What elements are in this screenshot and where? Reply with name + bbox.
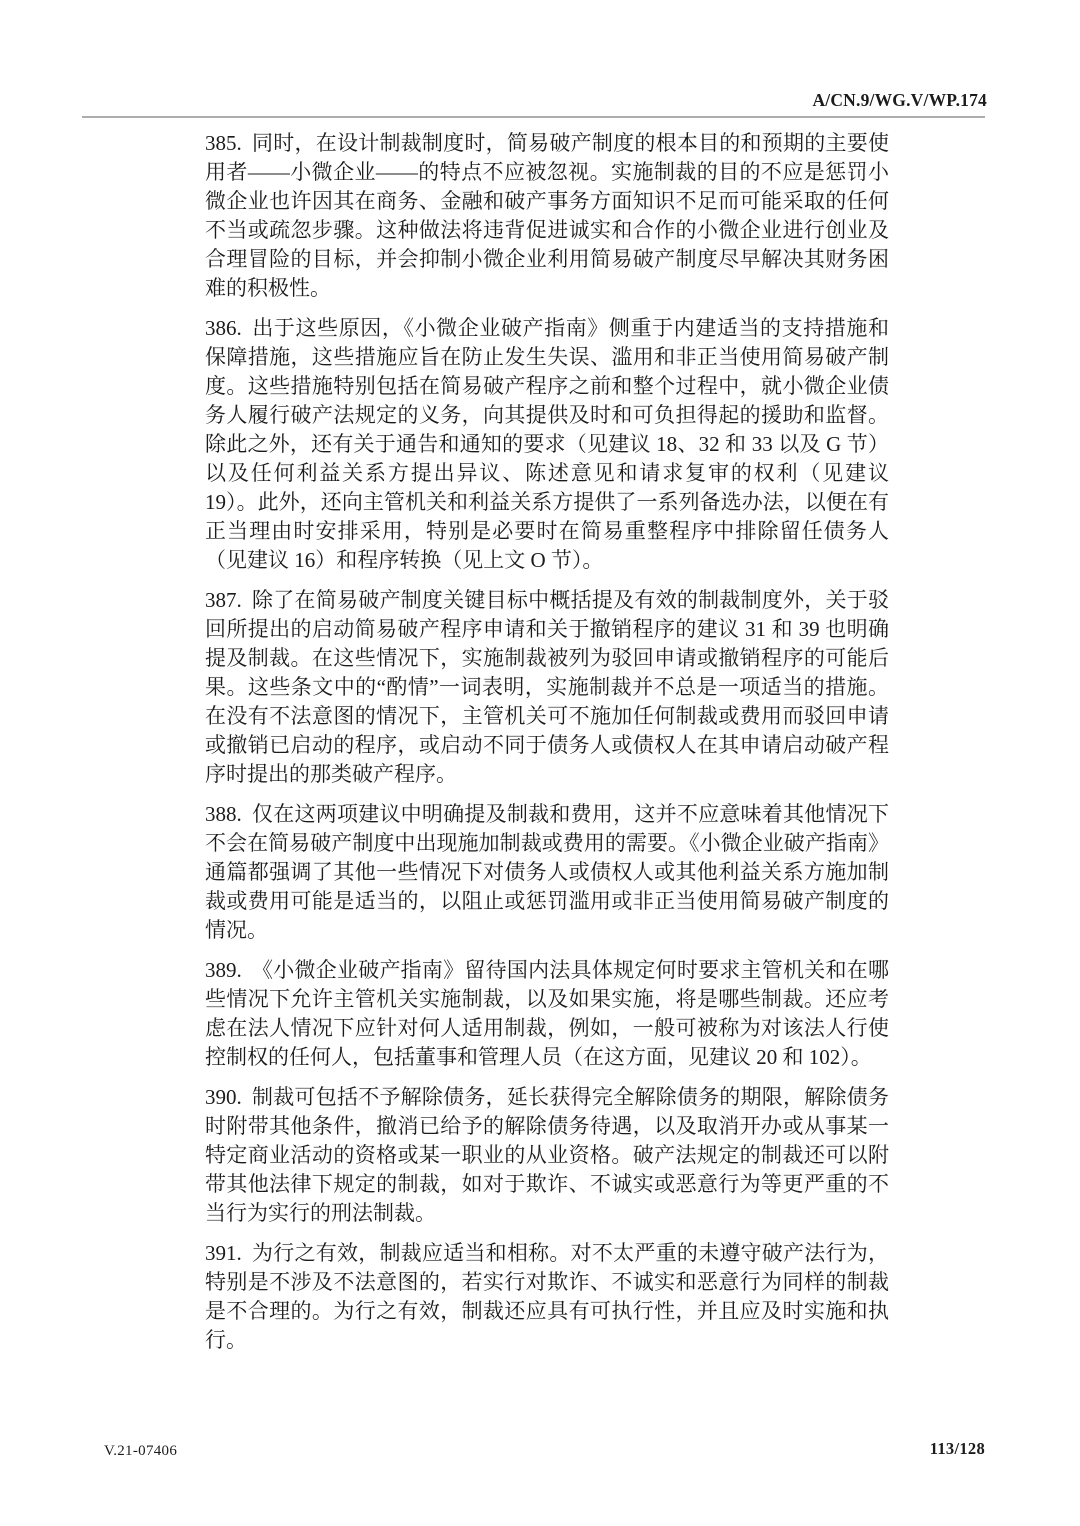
paragraph-text: 出于这些原因，《小微企业破产指南》侧重于内建适当的支持措施和保障措施，这些措施应…	[205, 316, 889, 572]
paragraph-386: 386.出于这些原因，《小微企业破产指南》侧重于内建适当的支持措施和保障措施，这…	[205, 314, 889, 575]
document-symbol: A/CN.9/WG.V/WP.174	[812, 90, 987, 111]
header-rule	[82, 116, 985, 118]
paragraph-390: 390.制裁可包括不予解除债务，延长获得完全解除债务的期限，解除债务时附带其他条…	[205, 1083, 889, 1228]
job-number: V.21-07406	[104, 1443, 177, 1460]
paragraph-number: 385.	[205, 131, 252, 155]
paragraph-385: 385.同时，在设计制裁制度时，简易破产制度的根本目的和预期的主要使用者——小微…	[205, 129, 889, 303]
paragraph-number: 386.	[205, 316, 252, 340]
paragraph-text: 制裁可包括不予解除债务，延长获得完全解除债务的期限，解除债务时附带其他条件，撤消…	[205, 1085, 889, 1225]
paragraph-387: 387.除了在简易破产制度关键目标中概括提及有效的制裁制度外，关于驳回所提出的启…	[205, 586, 889, 789]
paragraph-389: 389.《小微企业破产指南》留待国内法具体规定何时要求主管机关和在哪些情况下允许…	[205, 956, 889, 1072]
paragraph-number: 390.	[205, 1085, 252, 1109]
paragraph-number: 388.	[205, 802, 252, 826]
paragraph-391: 391.为行之有效，制裁应适当和相称。对不太严重的未遵守破产法行为，特别是不涉及…	[205, 1239, 889, 1355]
paragraph-text: 《小微企业破产指南》留待国内法具体规定何时要求主管机关和在哪些情况下允许主管机关…	[205, 958, 889, 1069]
paragraph-388: 388.仅在这两项建议中明确提及制裁和费用，这并不应意味着其他情况下不会在简易破…	[205, 800, 889, 945]
paragraph-text: 仅在这两项建议中明确提及制裁和费用，这并不应意味着其他情况下不会在简易破产制度中…	[205, 802, 889, 942]
document-page: { "header": { "doc_symbol": "A/CN.9/WG.V…	[0, 0, 1080, 1526]
paragraph-number: 387.	[205, 588, 252, 612]
page-number: 113/128	[930, 1439, 985, 1459]
paragraph-text: 除了在简易破产制度关键目标中概括提及有效的制裁制度外，关于驳回所提出的启动简易破…	[205, 588, 889, 786]
paragraph-text: 同时，在设计制裁制度时，简易破产制度的根本目的和预期的主要使用者——小微企业——…	[205, 131, 889, 300]
document-body: 385.同时，在设计制裁制度时，简易破产制度的根本目的和预期的主要使用者——小微…	[205, 129, 889, 1366]
paragraph-number: 391.	[205, 1241, 252, 1265]
paragraph-text: 为行之有效，制裁应适当和相称。对不太严重的未遵守破产法行为，特别是不涉及不法意图…	[205, 1241, 889, 1352]
paragraph-number: 389.	[205, 958, 252, 982]
